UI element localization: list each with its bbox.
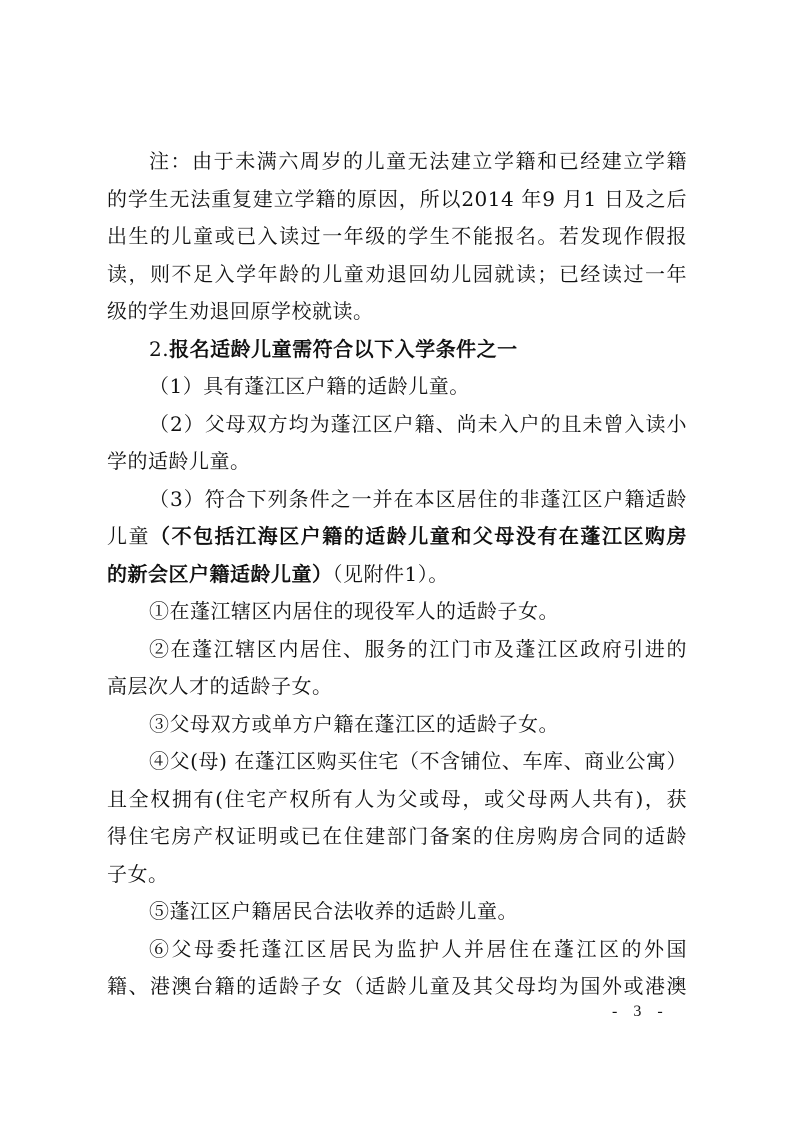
sub-item-6-line-2: 籍、港澳台籍的适龄子女（适龄儿童及其父母均为国外或港澳	[107, 968, 687, 1006]
section-heading: 2.报名适龄儿童需符合以下入学条件之一	[107, 331, 687, 369]
sub-item-4-line-3: 得住宅房产权证明或已在住建部门备案的住房购房合同的适龄	[107, 818, 687, 856]
note-line-3: 出生的儿童或已入读过一年级的学生不能报名。若发现作假报	[107, 218, 687, 256]
page-number: - 3 -	[612, 1003, 669, 1021]
sub-item-2-line-2: 高层次人才的适龄子女。	[107, 668, 687, 706]
section-title: 报名适龄儿童需符合以下入学条件之一	[169, 337, 518, 361]
sub-item-4-line-4: 子女。	[107, 856, 687, 894]
sub-item-3: ③父母双方或单方户籍在蓬江区的适龄子女。	[107, 706, 687, 744]
note-line-2: 的学生无法重复建立学籍的原因，所以2014 年9 月1 日及之后	[107, 181, 687, 219]
attachment-reference: （见附件1）。	[333, 562, 449, 586]
condition-3-line-1: （3）符合下列条件之一并在本区居住的非蓬江区户籍适龄	[107, 481, 687, 519]
condition-3-prefix: 儿童	[107, 524, 150, 548]
sub-item-1: ①在蓬江辖区内居住的现役军人的适龄子女。	[107, 593, 687, 631]
sub-item-4-line-1: ④父(母) 在蓬江区购买住宅（不含铺位、车库、商业公寓）	[107, 743, 687, 781]
note-line-1: 注：由于未满六周岁的儿童无法建立学籍和已经建立学籍	[107, 143, 687, 181]
condition-3-line-2: 儿童（不包括江海区户籍的适龄儿童和父母没有在蓬江区购房	[107, 518, 687, 556]
condition-3-line-3: 的新会区户籍适龄儿童）（见附件1）。	[107, 556, 687, 594]
condition-2-line-1: （2）父母双方均为蓬江区户籍、尚未入户的且未曾入读小	[107, 406, 687, 444]
sub-item-4-line-2: 且全权拥有(住宅产权所有人为父或母，或父母两人共有)，获	[107, 781, 687, 819]
document-page: 注：由于未满六周岁的儿童无法建立学籍和已经建立学籍 的学生无法重复建立学籍的原因…	[107, 143, 687, 1006]
section-number: 2.	[149, 337, 169, 361]
condition-3-exclusion: （不包括江海区户籍的适龄儿童和父母没有在蓬江区购房	[150, 524, 687, 548]
condition-2-line-2: 学的适龄儿童。	[107, 443, 687, 481]
condition-1: （1）具有蓬江区户籍的适龄儿童。	[107, 368, 687, 406]
condition-3-exclusion-end: 的新会区户籍适龄儿童）	[107, 562, 333, 586]
sub-item-6-line-1: ⑥父母委托蓬江区居民为监护人并居住在蓬江区的外国	[107, 931, 687, 969]
note-line-5: 级的学生劝退回原学校就读。	[107, 293, 687, 331]
sub-item-2-line-1: ②在蓬江辖区内居住、服务的江门市及蓬江区政府引进的	[107, 631, 687, 669]
note-line-4: 读，则不足入学年龄的儿童劝退回幼儿园就读；已经读过一年	[107, 256, 687, 294]
sub-item-5: ⑤蓬江区户籍居民合法收养的适龄儿童。	[107, 893, 687, 931]
